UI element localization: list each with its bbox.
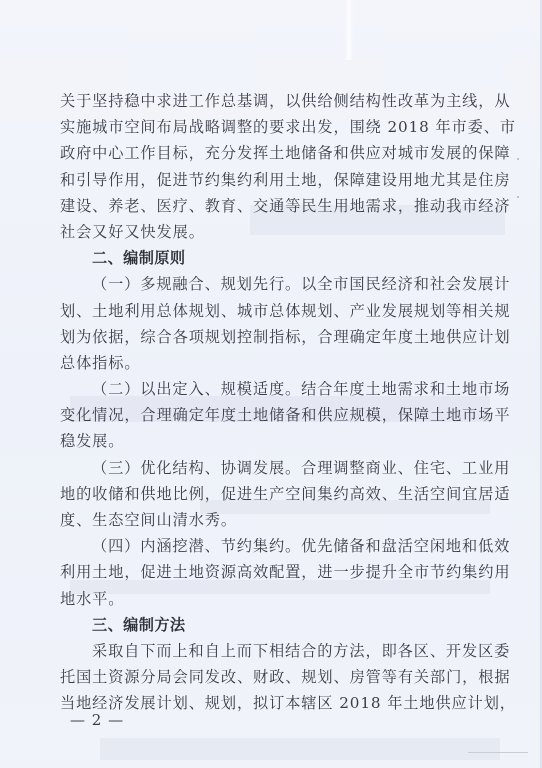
- text-line: 当地经济发展计划、规划，拟订本辖区 2018 年土地供应计划，: [60, 690, 492, 716]
- text-line: （二）以出定入、规模适度。结合年度土地需求和土地市场: [60, 376, 492, 402]
- text-line: 总体指标。: [60, 350, 492, 376]
- text-line: 划为依据，综合各项规划控制指标，合理确定年度土地供应计划: [60, 324, 492, 350]
- bleed-through-block: [100, 738, 500, 760]
- text-line: 度、生态空间山清水秀。: [60, 507, 492, 533]
- text-line: 利用土地，促进土地资源高效配置，进一步提升全市节约集约用: [60, 559, 492, 585]
- text-line: 建设、养老、医疗、教育、交通等民生用地需求，推动我市经济: [60, 193, 492, 219]
- text-line: 划、土地利用总体规划、城市总体规划、产业发展规划等相关规: [60, 298, 492, 324]
- document-page: 关于坚持稳中求进工作总基调，以供给侧结构性改革为主线，从 实施城市空间布局战略调…: [0, 0, 542, 768]
- bottom-edge-rule: [468, 752, 528, 753]
- section-heading-methods: 三、编制方法: [60, 612, 492, 638]
- text-line: （三）优化结构、协调发展。合理调整商业、住宅、工业用: [60, 455, 492, 481]
- text-line: 托国土资源分局会同发改、财政、规划、房管等有关部门，根据: [60, 664, 492, 690]
- paper-speck: [517, 196, 519, 198]
- text-line: 政府中心工作目标，充分发挥土地储备和供应对城市发展的保障: [60, 140, 492, 166]
- document-body: 关于坚持稳中求进工作总基调，以供给侧结构性改革为主线，从 实施城市空间布局战略调…: [60, 88, 492, 717]
- section-heading-principles: 二、编制原则: [60, 245, 492, 271]
- page-number: — 2 —: [70, 711, 124, 729]
- text-line: 和引导作用，促进节约集约利用土地，保障建设用地尤其是住房: [60, 167, 492, 193]
- text-line: 关于坚持稳中求进工作总基调，以供给侧结构性改革为主线，从: [60, 88, 492, 114]
- text-line: 地的收储和供地比例，促进生产空间集约高效、生活空间宜居适: [60, 481, 492, 507]
- text-line: （四）内涵挖潜、节约集约。优先储备和盘活空闲地和低效: [60, 533, 492, 559]
- text-line: 社会又好又快发展。: [60, 219, 492, 245]
- text-line: 稳发展。: [60, 428, 492, 454]
- paper-speck: [517, 158, 519, 160]
- text-line: 采取自下而上和自上而下相结合的方法，即各区、开发区委: [60, 638, 492, 664]
- text-line: 实施城市空间布局战略调整的要求出发，围绕 2018 年市委、市: [60, 114, 492, 140]
- text-line: （一）多规融合、规划先行。以全市国民经济和社会发展计: [60, 271, 492, 297]
- text-line: 变化情况，合理确定年度土地储备和供应规模，保障土地市场平: [60, 402, 492, 428]
- text-line: 地水平。: [60, 586, 492, 612]
